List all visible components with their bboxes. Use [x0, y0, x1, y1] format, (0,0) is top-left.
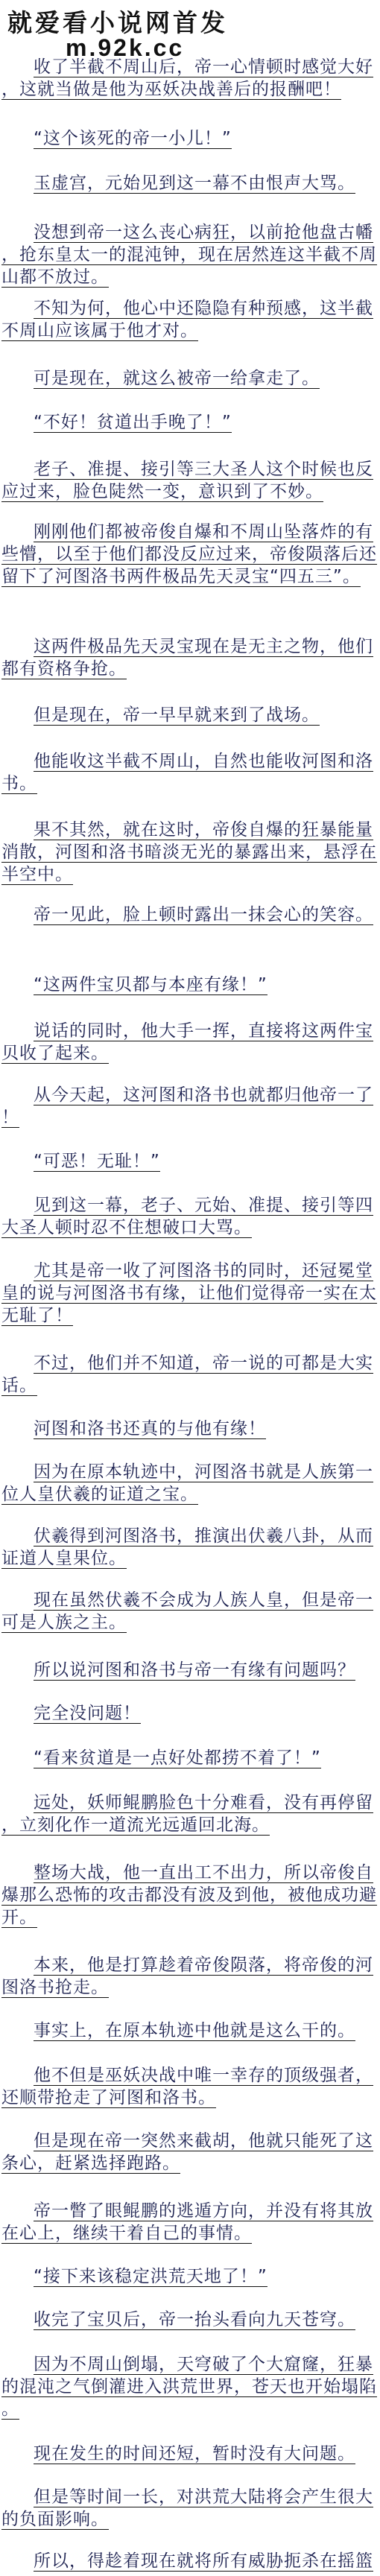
- text-line: 帝一见此，脸上顿时露出一抹会心的笑容。: [0, 904, 380, 927]
- paragraph: 河图和洛书还真的与他有缘！: [0, 1418, 380, 1441]
- paragraph: 可是现在，就这么被帝一给拿走了。: [0, 368, 380, 390]
- text-line-content: 位人皇伏羲的证道之宝。: [1, 1485, 198, 1505]
- paragraph: 整场大战，他一直出工不出力，所以帝俊自爆那么恐怖的攻击都没有波及到他，被他成功避…: [0, 1862, 380, 1929]
- text-line-content: “这两件宝贝都与本座有缘！”: [34, 975, 267, 995]
- text-line-content: 本来，他是打算趁着帝俊陨落，将帝俊的河: [34, 1955, 373, 1976]
- text-line: 这两件极品先天灵宝现在是无主之物，他们: [0, 636, 380, 659]
- text-line-content: 帝一瞥了眼鲲鹏的逃遁方向，并没有将其放: [34, 2201, 373, 2221]
- text-line-content: “不好！贫道出手晚了！”: [34, 413, 232, 433]
- text-line-content: 可是人族之主。: [1, 1613, 127, 1633]
- text-line-content: 应过来，脸色陡然一变，意识到了不妙。: [1, 482, 323, 502]
- text-line-content: 消散，河图和洛书暗淡无光的暴露出来，悬浮在: [1, 843, 377, 863]
- text-line-content: 书。: [1, 774, 37, 794]
- paragraph: 不知为何，他心中还隐隐有种预感，这半截不周山应该属于他才对。: [0, 298, 380, 343]
- text-line-content: 刚刚他们都被帝俊自爆和不周山坠落炸的有: [34, 522, 373, 542]
- paragraph: 所以，得趁着现在就将所有威胁扼杀在摇篮: [0, 2551, 380, 2573]
- text-line-content: 从今天起，这河图和洛书也就都归他帝一了: [34, 1085, 373, 1105]
- text-line: 因为在原本轨迹中，河图洛书就是人族第一: [0, 1462, 380, 1484]
- text-line-content: 山都不放过。: [1, 267, 109, 288]
- paragraph: 因为不周山倒塌，天穹破了个大窟窿，狂暴的混沌之气倒灌进入洪荒世界，苍天也开始塌陷…: [0, 2354, 380, 2421]
- text-line-content: 些懵，以至于他们都没反应过来，帝俊陨落后还: [1, 545, 377, 565]
- text-line-content: 所以，得趁着现在就将所有威胁扼杀在摇篮: [34, 2551, 373, 2572]
- text-line: 半空中。: [0, 864, 380, 886]
- text-line-content: 收了半截不周山后，帝一心情顿时感觉大好: [34, 57, 373, 77]
- text-line: ，这就当做是他为巫妖决战善后的报酬吧！: [0, 79, 380, 101]
- paragraph: “可恶！无耻！”: [0, 1151, 380, 1173]
- text-line: 。: [0, 2399, 380, 2421]
- text-line: 留下了河图洛书两件极品先天灵宝“四五三”。: [0, 566, 380, 589]
- text-line: “接下来该稳定洪荒天地了！”: [0, 2266, 380, 2288]
- text-line: 可是现在，就这么被帝一给拿走了。: [0, 368, 380, 390]
- text-line: 果不其然，就在这时，帝俊自爆的狂暴能量: [0, 819, 380, 842]
- paragraph: 从今天起，这河图和洛书也就都归他帝一了！: [0, 1085, 380, 1129]
- text-line-content: 伏羲得到河图洛书，推演出伏羲八卦，从而: [34, 1526, 373, 1546]
- text-line-content: 在心上，继续干着自己的事情。: [1, 2224, 252, 2244]
- paragraph: 远处，妖师鲲鹏脸色十分难看，没有再停留，立刻化作一道流光远遁回北海。: [0, 1792, 380, 1837]
- text-line: 整场大战，他一直出工不出力，所以帝俊自: [0, 1862, 380, 1885]
- text-line: 从今天起，这河图和洛书也就都归他帝一了: [0, 1085, 380, 1107]
- text-line-content: 开。: [1, 1908, 37, 1928]
- text-line: 图洛书抢走。: [0, 1977, 380, 1999]
- text-line-content: 现在发生的时间还短，暂时没有大问题。: [34, 2444, 355, 2464]
- paragraph: 现在发生的时间还短，暂时没有大问题。: [0, 2443, 380, 2466]
- text-line: “这两件宝贝都与本座有缘！”: [0, 974, 380, 997]
- paragraph: 不过，他们并不知道，帝一说的可都是大实话。: [0, 1353, 380, 1398]
- paragraph: 事实上，在原本轨迹中他就是这么干的。: [0, 2020, 380, 2043]
- text-line-content: 河图和洛书还真的与他有缘！: [34, 1419, 266, 1439]
- text-line: 河图和洛书还真的与他有缘！: [0, 1418, 380, 1441]
- text-line: 说话的同时，他大手一挥，直接将这两件宝: [0, 1021, 380, 1043]
- text-line-content: 留下了河图洛书两件极品先天灵宝“四五三”。: [1, 567, 361, 587]
- text-line: 但是现在帝一突然来截胡，他就只能死了这: [0, 2131, 380, 2153]
- paragraph: 玉虚宫，元始见到这一幕不由恨声大骂。: [0, 173, 380, 195]
- text-line: 爆那么恐怖的攻击都没有波及到他，被他成功避: [0, 1885, 380, 1907]
- text-line: 可是人族之主。: [0, 1612, 380, 1634]
- text-line: 远处，妖师鲲鹏脸色十分难看，没有再停留: [0, 1792, 380, 1815]
- text-line: 应过来，脸色陡然一变，意识到了不妙。: [0, 481, 380, 504]
- text-line: 没想到帝一这么丧心病狂，以前抢他盘古幡: [0, 222, 380, 244]
- text-line-content: 不周山应该属于他才对。: [1, 321, 198, 341]
- text-line-content: 条心，赶紧选择跑路。: [1, 2154, 180, 2174]
- paragraph: 这两件极品先天灵宝现在是无主之物，他们都有资格争抢。: [0, 636, 380, 681]
- text-line: 不过，他们并不知道，帝一说的可都是大实: [0, 1353, 380, 1375]
- text-line: 的混沌之气倒灌进入洪荒世界，苍天也开始塌陷: [0, 2376, 380, 2399]
- text-line: “看来贫道是一点好处都捞不着了！”: [0, 1748, 380, 1770]
- text-line: 条心，赶紧选择跑路。: [0, 2153, 380, 2175]
- paragraph: 完全没问题！: [0, 1703, 380, 1725]
- text-line: 收了半截不周山后，帝一心情顿时感觉大好: [0, 57, 380, 79]
- text-line: 贝收了起来。: [0, 1043, 380, 1065]
- paragraph: “不好！贫道出手晚了！”: [0, 412, 380, 434]
- paragraph: 本来，他是打算趁着帝俊陨落，将帝俊的河图洛书抢走。: [0, 1955, 380, 1999]
- paragraph: 但是现在帝一突然来截胡，他就只能死了这条心，赶紧选择跑路。: [0, 2131, 380, 2175]
- text-line: 些懵，以至于他们都没反应过来，帝俊陨落后还: [0, 544, 380, 566]
- text-line: 话。: [0, 1375, 380, 1398]
- text-line-content: 他不但是巫妖决战中唯一幸存的顶级强者，: [34, 2066, 373, 2086]
- text-line: 所以，得趁着现在就将所有威胁扼杀在摇篮: [0, 2551, 380, 2573]
- text-line-content: 但是现在，帝一早早就来到了战场。: [34, 705, 320, 726]
- paragraph: 他能收这半截不周山，自然也能收河图和洛书。: [0, 751, 380, 796]
- text-line: “这个该死的帝一小儿！”: [0, 128, 380, 150]
- text-line-content: 但是等时间一长，对洪荒大陆将会产生很大: [34, 2487, 373, 2507]
- text-line-content: 远处，妖师鲲鹏脸色十分难看，没有再停留: [34, 1793, 373, 1813]
- text-line-content: 大圣人顿时忍不住想破口大骂。: [1, 1218, 252, 1238]
- text-line: 开。: [0, 1907, 380, 1929]
- text-line-content: 果不其然，就在这时，帝俊自爆的狂暴能量: [34, 820, 373, 840]
- text-line-content: “接下来该稳定洪荒天地了！”: [34, 2267, 267, 2287]
- text-line-content: 。: [1, 2399, 19, 2420]
- paragraph: 但是现在，帝一早早就来到了战场。: [0, 705, 380, 727]
- text-line: 伏羲得到河图洛书，推演出伏羲八卦，从而: [0, 1526, 380, 1548]
- paragraph: 说话的同时，他大手一挥，直接将这两件宝贝收了起来。: [0, 1021, 380, 1065]
- text-line: 山都不放过。: [0, 267, 380, 289]
- text-line-content: 半空中。: [1, 865, 73, 885]
- text-line: 尤其是帝一收了河图洛书的同时，还冠冕堂: [0, 1260, 380, 1283]
- paragraph: 现在虽然伏羲不会成为人族人皇，但是帝一可是人族之主。: [0, 1590, 380, 1634]
- text-line-content: “这个该死的帝一小儿！”: [34, 129, 232, 149]
- paragraph: 老子、准提、接引等三大圣人这个时候也反应过来，脸色陡然一变，意识到了不妙。: [0, 459, 380, 504]
- text-line-content: 玉虚宫，元始见到这一幕不由恨声大骂。: [34, 174, 355, 194]
- text-line: 不知为何，他心中还隐隐有种预感，这半截: [0, 298, 380, 320]
- text-line-content: ！: [1, 1108, 19, 1128]
- text-line: 在心上，继续干着自己的事情。: [0, 2223, 380, 2245]
- text-line-content: 无耻了！: [1, 1306, 73, 1326]
- text-line-content: “可恶！无耻！”: [34, 1152, 160, 1172]
- paragraph: 帝一瞥了眼鲲鹏的逃遁方向，并没有将其放在心上，继续干着自己的事情。: [0, 2201, 380, 2245]
- paragraph: 帝一见此，脸上顿时露出一抹会心的笑容。: [0, 904, 380, 927]
- text-line-content: 贝收了起来。: [1, 1044, 109, 1064]
- text-line-content: 证道人皇果位。: [1, 1549, 127, 1569]
- text-line-content: 说话的同时，他大手一挥，直接将这两件宝: [34, 1021, 373, 1041]
- paragraph: 他不但是巫妖决战中唯一幸存的顶级强者，还顺带抢走了河图和洛书。: [0, 2065, 380, 2110]
- text-line-content: 话。: [1, 1376, 37, 1396]
- text-line-content: 的混沌之气倒灌进入洪荒世界，苍天也开始塌陷: [1, 2377, 377, 2397]
- text-line: 他能收这半截不周山，自然也能收河图和洛: [0, 751, 380, 773]
- paragraph: 所以说河图和洛书与帝一有缘有问题吗？: [0, 1660, 380, 1682]
- paragraph: 但是等时间一长，对洪荒大陆将会产生很大的负面影响。: [0, 2487, 380, 2531]
- text-line: 见到这一幕，老子、元始、准提、接引等四: [0, 1195, 380, 1217]
- text-line: 证道人皇果位。: [0, 1548, 380, 1570]
- text-line-content: 所以说河图和洛书与帝一有缘有问题吗？: [34, 1660, 355, 1681]
- text-line: 事实上，在原本轨迹中他就是这么干的。: [0, 2020, 380, 2043]
- text-line-content: 因为不周山倒塌，天穹破了个大窟窿，狂暴: [34, 2355, 373, 2375]
- text-line: 现在发生的时间还短，暂时没有大问题。: [0, 2443, 380, 2466]
- text-line: 位人皇伏羲的证道之宝。: [0, 1484, 380, 1506]
- text-line: 但是等时间一长，对洪荒大陆将会产生很大: [0, 2487, 380, 2509]
- text-line-content: 爆那么恐怖的攻击都没有波及到他，被他成功避: [1, 1885, 377, 1906]
- text-line: 因为不周山倒塌，天穹破了个大窟窿，狂暴: [0, 2354, 380, 2376]
- text-line: 不周山应该属于他才对。: [0, 320, 380, 343]
- text-line: 都有资格争抢。: [0, 659, 380, 681]
- text-line-content: 因为在原本轨迹中，河图洛书就是人族第一: [34, 1462, 373, 1482]
- text-line-content: 皇的说与河图洛书有缘，让他们觉得帝一实在太: [1, 1284, 377, 1304]
- text-line-content: 收完了宝贝后，帝一抬头看向九天苍穹。: [34, 2310, 355, 2330]
- text-line-content: 他能收这半截不周山，自然也能收河图和洛: [34, 752, 373, 772]
- text-line: 现在虽然伏羲不会成为人族人皇，但是帝一: [0, 1590, 380, 1612]
- paragraph: 收完了宝贝后，帝一抬头看向九天苍穹。: [0, 2309, 380, 2332]
- text-line: 大圣人顿时忍不住想破口大骂。: [0, 1217, 380, 1240]
- text-line-content: 这两件极品先天灵宝现在是无主之物，他们: [34, 637, 373, 657]
- text-line-content: “看来贫道是一点好处都捞不着了！”: [34, 1748, 321, 1768]
- text-line-content: 可是现在，就这么被帝一给拿走了。: [34, 369, 320, 389]
- paragraph: 因为在原本轨迹中，河图洛书就是人族第一位人皇伏羲的证道之宝。: [0, 1462, 380, 1506]
- paragraph: “看来贫道是一点好处都捞不着了！”: [0, 1748, 380, 1770]
- text-line-content: 不过，他们并不知道，帝一说的可都是大实: [34, 1354, 373, 1374]
- text-line: 的负面影响。: [0, 2509, 380, 2531]
- text-line-content: 现在虽然伏羲不会成为人族人皇，但是帝一: [34, 1590, 373, 1611]
- text-line: 玉虚宫，元始见到这一幕不由恨声大骂。: [0, 173, 380, 195]
- text-line-content: 老子、准提、接引等三大圣人这个时候也反: [34, 460, 373, 480]
- text-line: 无耻了！: [0, 1305, 380, 1327]
- site-title: 就爱看小说网首发: [7, 9, 246, 37]
- text-line: 皇的说与河图洛书有缘，让他们觉得帝一实在太: [0, 1283, 380, 1305]
- text-line-content: 整场大战，他一直出工不出力，所以帝俊自: [34, 1863, 373, 1883]
- text-line: “不好！贫道出手晚了！”: [0, 412, 380, 434]
- paragraph: 没想到帝一这么丧心病狂，以前抢他盘古幡，抢东皇太一的混沌钟，现在居然连这半截不周…: [0, 222, 380, 289]
- text-line-content: 的负面影响。: [1, 2510, 109, 2530]
- paragraph: 刚刚他们都被帝俊自爆和不周山坠落炸的有些懵，以至于他们都没反应过来，帝俊陨落后还…: [0, 521, 380, 589]
- text-line-content: 但是现在帝一突然来截胡，他就只能死了这: [34, 2131, 373, 2151]
- text-line: 本来，他是打算趁着帝俊陨落，将帝俊的河: [0, 1955, 380, 1977]
- text-line-content: 不知为何，他心中还隐隐有种预感，这半截: [34, 299, 373, 319]
- text-line: 但是现在，帝一早早就来到了战场。: [0, 705, 380, 727]
- text-line-content: 还顺带抢走了河图和洛书。: [1, 2088, 216, 2108]
- text-line-content: 没想到帝一这么丧心病狂，以前抢他盘古幡: [34, 223, 373, 243]
- text-line: ！: [0, 1107, 380, 1129]
- text-line: 刚刚他们都被帝俊自爆和不周山坠落炸的有: [0, 521, 380, 544]
- text-line-content: 都有资格争抢。: [1, 659, 127, 679]
- text-line-content: ，抢东皇太一的混沌钟，现在居然连这半截不周: [1, 245, 377, 265]
- paragraph: 果不其然，就在这时，帝俊自爆的狂暴能量消散，河图和洛书暗淡无光的暴露出来，悬浮在…: [0, 819, 380, 886]
- paragraph: 伏羲得到河图洛书，推演出伏羲八卦，从而证道人皇果位。: [0, 1526, 380, 1570]
- text-line-content: ，这就当做是他为巫妖决战善后的报酬吧！: [1, 80, 341, 100]
- text-line-content: ，立刻化作一道流光远遁回北海。: [1, 1815, 270, 1836]
- text-line-content: 事实上，在原本轨迹中他就是这么干的。: [34, 2021, 355, 2041]
- text-line: 还顺带抢走了河图和洛书。: [0, 2087, 380, 2110]
- paragraph: 收了半截不周山后，帝一心情顿时感觉大好，这就当做是他为巫妖决战善后的报酬吧！: [0, 57, 380, 101]
- text-line: ，立刻化作一道流光远遁回北海。: [0, 1815, 380, 1837]
- text-line: 所以说河图和洛书与帝一有缘有问题吗？: [0, 1660, 380, 1682]
- text-line: 帝一瞥了眼鲲鹏的逃遁方向，并没有将其放: [0, 2201, 380, 2223]
- paragraph: “这两件宝贝都与本座有缘！”: [0, 974, 380, 997]
- text-line: 他不但是巫妖决战中唯一幸存的顶级强者，: [0, 2065, 380, 2087]
- text-line-content: 见到这一幕，老子、元始、准提、接引等四: [34, 1196, 373, 1216]
- text-line-content: 图洛书抢走。: [1, 1978, 109, 1998]
- text-line: 消散，河图和洛书暗淡无光的暴露出来，悬浮在: [0, 842, 380, 864]
- paragraph: 见到这一幕，老子、元始、准提、接引等四大圣人顿时忍不住想破口大骂。: [0, 1195, 380, 1240]
- text-line: “可恶！无耻！”: [0, 1151, 380, 1173]
- paragraph: 尤其是帝一收了河图洛书的同时，还冠冕堂皇的说与河图洛书有缘，让他们觉得帝一实在太…: [0, 1260, 380, 1327]
- text-line: 完全没问题！: [0, 1703, 380, 1725]
- text-line-content: 帝一见此，脸上顿时露出一抹会心的笑容。: [34, 905, 373, 925]
- text-line: 老子、准提、接引等三大圣人这个时候也反: [0, 459, 380, 481]
- text-line: 收完了宝贝后，帝一抬头看向九天苍穹。: [0, 2309, 380, 2332]
- text-line: ，抢东皇太一的混沌钟，现在居然连这半截不周: [0, 244, 380, 267]
- text-line-content: 尤其是帝一收了河图洛书的同时，还冠冕堂: [34, 1261, 373, 1281]
- paragraph: “接下来该稳定洪荒天地了！”: [0, 2266, 380, 2288]
- paragraph: “这个该死的帝一小儿！”: [0, 128, 380, 150]
- text-line-content: 完全没问题！: [34, 1704, 141, 1724]
- text-line: 书。: [0, 773, 380, 796]
